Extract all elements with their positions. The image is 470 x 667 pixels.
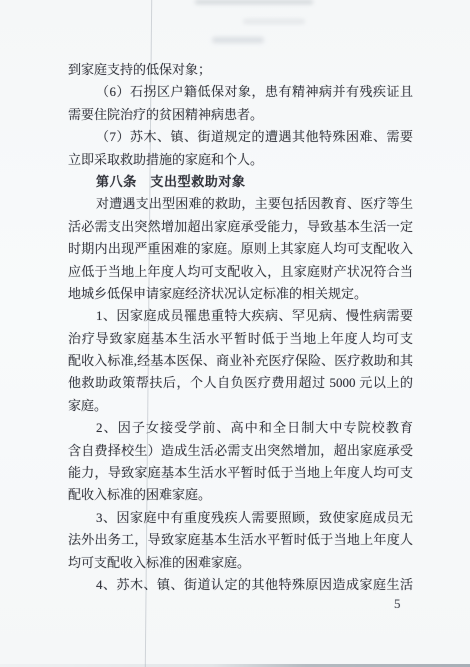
text-line: 立即采取救助措施的家庭和个人。 <box>68 149 413 171</box>
section-heading-line: 第八条 支出型救助对象 <box>68 171 413 193</box>
text-line: 地城乡低保申请家庭经济状况认定标准的相关规定。 <box>68 283 413 305</box>
text-line: 配收入标准,经基本医保、商业补充医疗保险、医疗救助和其 <box>68 350 413 372</box>
text-line: 配收入标准的困难家庭。 <box>68 484 413 506</box>
text-line: 均可支配收入标准的困难家庭。 <box>68 552 413 574</box>
text-line: 2、因子女接受学前、高中和全日制大中专院校教育（不 <box>68 417 413 439</box>
text-line: 3、因家庭中有重度残疾人需要照顾，致使家庭成员无 <box>68 507 413 529</box>
bleedthrough-mark <box>195 0 313 4</box>
text-line: 含自费择校生）造成生活必需支出突然增加，超出家庭承受 <box>68 440 413 462</box>
text-line: 应低于当地上年度人均可支配收入，且家庭财产状况符合当 <box>68 261 413 283</box>
page-number: 5 <box>394 596 401 612</box>
text-line: 时期内出现严重困难的家庭。原则上其家庭人均可支配收入 <box>68 238 413 260</box>
text-line: 法外出务工，导致家庭基本生活水平暂时低于当地上年度人 <box>68 529 413 551</box>
text-line: 治疗导致家庭基本生活水平暂时低于当地上年度人均可支 <box>68 328 413 350</box>
bleedthrough-mark <box>243 19 305 24</box>
text-line: 他救助政策帮扶后，个人自负医疗费用超过 5000 元以上的 <box>68 372 413 394</box>
text-line: （7）苏木、镇、街道规定的遭遇其他特殊困难、需要 <box>68 126 413 148</box>
text-line: 能力，导致家庭基本生活水平暂时低于当地上年度人均可支 <box>68 462 413 484</box>
bleedthrough-mark <box>212 37 264 43</box>
text-line: 到家庭支持的低保对象； <box>68 59 413 81</box>
text-line: 1、因家庭成员罹患重特大疾病、罕见病、慢性病需要 <box>68 305 413 327</box>
text-line: 对遭遇支出型困难的救助，主要包括因教育、医疗等生 <box>68 193 413 215</box>
text-line: 4、苏木、镇、街道认定的其他特殊原因造成家庭生活 <box>68 574 413 596</box>
text-line: 活必需支出突然增加超出家庭承受能力，导致基本生活一定 <box>68 216 413 238</box>
text-line: （6）石拐区户籍低保对象，患有精神病并有残疾证且 <box>68 81 413 103</box>
document-body: 到家庭支持的低保对象；（6）石拐区户籍低保对象，患有精神病并有残疾证且需要住院治… <box>68 59 413 596</box>
scanned-page: 到家庭支持的低保对象；（6）石拐区户籍低保对象，患有精神病并有残疾证且需要住院治… <box>0 0 470 667</box>
text-line: 需要住院治疗的贫困精神病患者。 <box>68 104 413 126</box>
text-line: 家庭。 <box>68 395 413 417</box>
